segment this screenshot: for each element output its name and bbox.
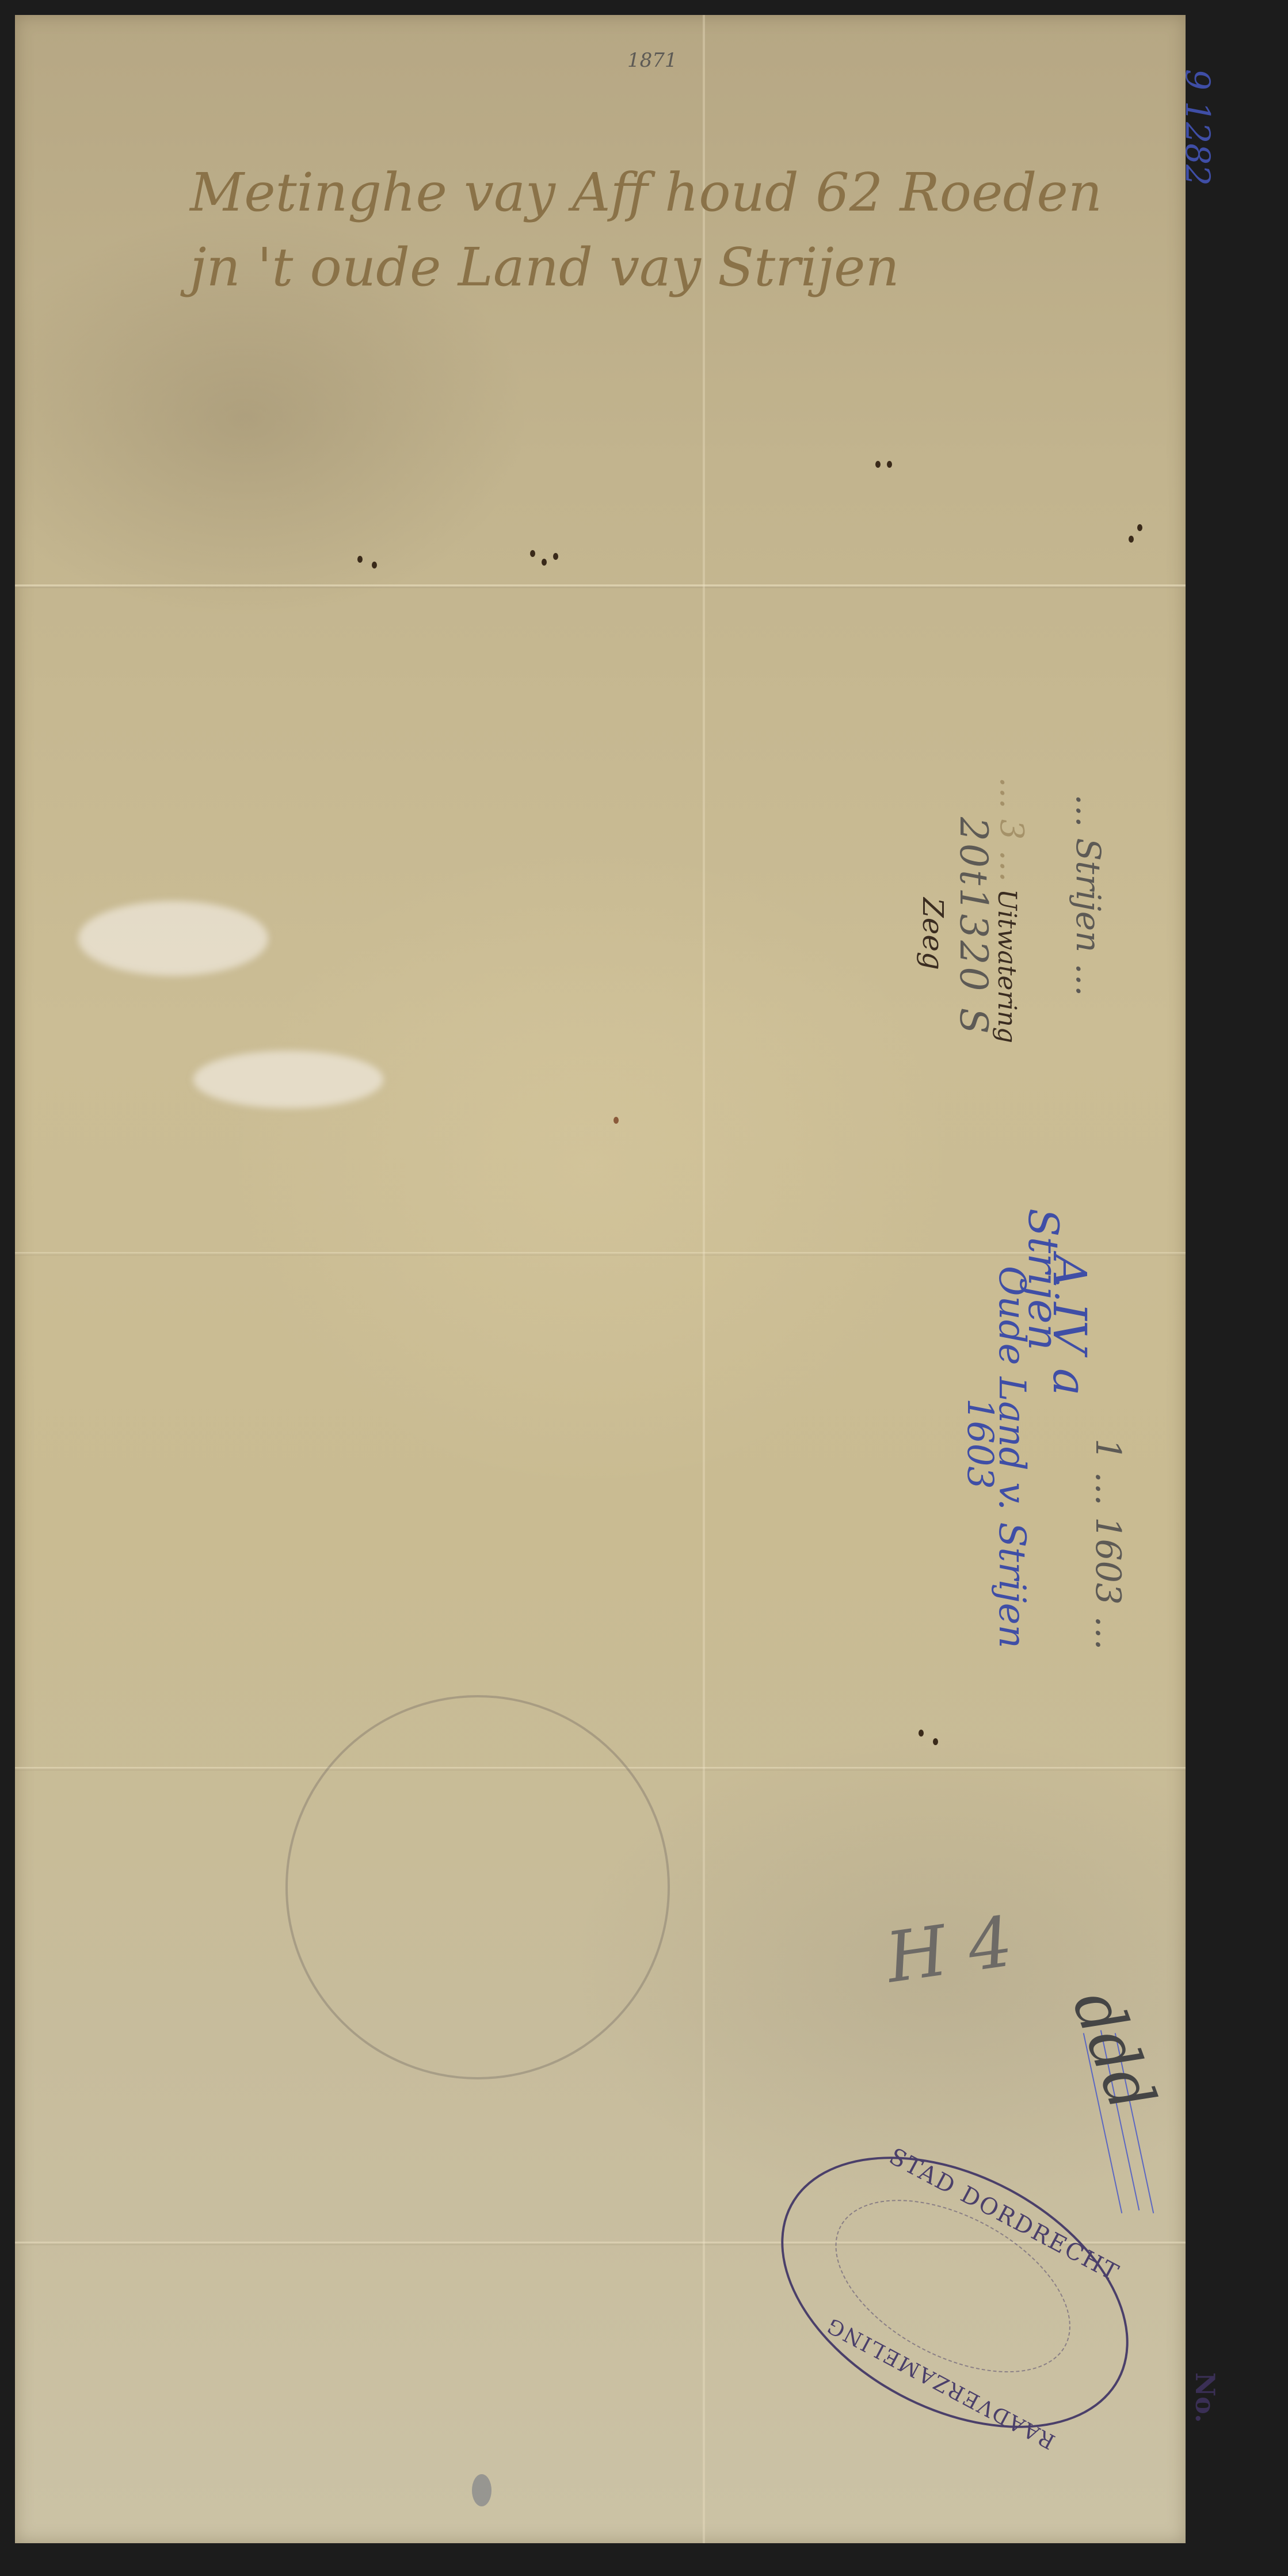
inventory-number: 9 1282 [1178,69,1217,186]
seal-impression-ring [285,1695,670,2079]
dark-ink-annotation-2: Zeeg [916,898,950,970]
ink-spot [553,553,558,560]
archive-year-label: 1603 [959,1398,1001,1489]
pencil-folio-number: 1871 [627,49,677,72]
ink-spot [933,1738,938,1745]
endorsement-line-1: Metinghe vay Aff houd 62 Roeden [190,155,1102,230]
pencil-code: 20t1320 S [951,817,996,1036]
faint-brown-annotation: … 3 … [993,777,1030,882]
stamp-number-label: No. [1190,2372,1221,2423]
ink-spot [613,1117,619,1124]
ink-spot [919,1730,924,1737]
endorsement-line-2: jn 't oude Land vay Strijen [190,230,1102,305]
ink-spot [530,550,535,557]
bottom-stain [472,2474,491,2506]
paper-stain [78,901,268,976]
pencil-annotation: … Strijen … [1069,794,1108,997]
ink-spot [887,461,892,468]
fold-line [15,1252,1186,1255]
ink-spot [875,461,881,468]
pencil-date: 1 … 1603 … [1088,1438,1128,1650]
paper-stain [193,1051,383,1108]
ink-spot [1137,524,1142,531]
ink-spot [1129,536,1134,543]
fold-line [15,585,1186,588]
ink-spot [372,562,377,568]
dark-ink-annotation-1: Uitwatering [992,889,1022,1043]
ink-spot [542,559,547,566]
fold-line-vertical [703,15,705,2543]
medieval-endorsement: Metinghe vay Aff houd 62 Roeden jn 't ou… [190,155,1102,305]
ink-spot [357,556,363,563]
